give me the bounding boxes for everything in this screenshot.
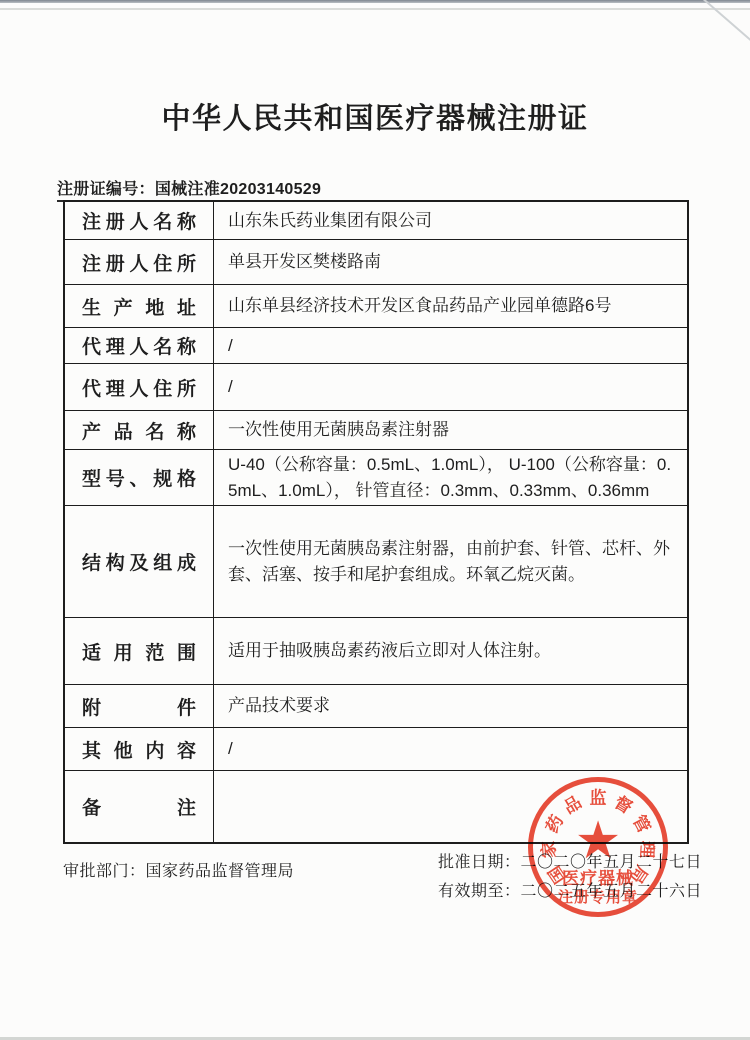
table-row: 代理人名称 / [65,327,687,363]
registration-number-line: 注册证编号：国械注准20203140529 [57,176,325,202]
row-label: 附件 [82,693,196,720]
certificate-table: 注册人名称 山东朱氏药业集团有限公司 注册人住所 单县开发区樊楼路南 生产地址 … [63,200,689,844]
row-label: 注册人住所 [82,249,196,276]
row-value: / [214,728,687,770]
table-row: 附件 产品技术要求 [65,684,687,727]
row-label: 备注 [82,793,196,820]
row-label: 其他内容 [82,736,196,763]
row-label: 产品名称 [82,417,196,444]
row-label-cell: 结构及组成 [65,506,214,617]
row-value: / [214,328,687,363]
scan-edge-top [0,0,750,3]
table-row: 产品名称 一次性使用无菌胰岛素注射器 [65,410,687,449]
row-label: 结构及组成 [82,548,196,575]
table-row: 型号、规格 U-40（公称容量：0.5mL、1.0mL）， U-100（公称容量… [65,449,687,505]
row-label: 型号、规格 [82,464,196,491]
table-row: 备注 [65,770,687,842]
table-row: 结构及组成 一次性使用无菌胰岛素注射器，由前护套、针管、芯杆、外套、活塞、按手和… [65,505,687,617]
page-title: 中华人民共和国医疗器械注册证 [0,96,750,137]
row-label-cell: 附件 [65,685,214,727]
row-value: 山东单县经济技术开发区食品药品产业园单德路6号 [214,285,687,327]
row-value [214,771,687,842]
table-row: 生产地址 山东单县经济技术开发区食品药品产业园单德路6号 [65,284,687,327]
registration-number-label: 注册证编号： [57,181,155,198]
table-row: 代理人住所 / [65,363,687,410]
valid-until-line: 有效期至：二〇二五年五月二十六日 [438,878,702,901]
row-value: / [214,364,687,410]
row-label-cell: 代理人名称 [65,328,214,363]
row-value: 单县开发区樊楼路南 [214,240,687,284]
approval-date-label: 批准日期： [438,854,521,871]
row-label: 代理人名称 [82,332,196,359]
scan-artifact-line [0,8,750,10]
row-label-cell: 注册人名称 [65,202,214,239]
row-value: 一次性使用无菌胰岛素注射器，由前护套、针管、芯杆、外套、活塞、按手和尾护套组成。… [214,506,687,617]
table-row: 其他内容 / [65,727,687,770]
table-row: 注册人名称 山东朱氏药业集团有限公司 [65,202,687,239]
row-label-cell: 生产地址 [65,285,214,327]
table-row: 注册人住所 单县开发区樊楼路南 [65,239,687,284]
row-value: 产品技术要求 [214,685,687,727]
row-label: 适用范围 [82,638,196,665]
approval-date-line: 批准日期：二〇二〇年五月二十七日 [438,849,702,872]
approval-department: 国家药品监督管理局 [146,863,295,880]
valid-until-label: 有效期至： [438,883,521,900]
row-label-cell: 注册人住所 [65,240,214,284]
row-value: 山东朱氏药业集团有限公司 [214,202,687,239]
row-value: U-40（公称容量：0.5mL、1.0mL）， U-100（公称容量：0.5mL… [214,450,687,505]
row-label-cell: 代理人住所 [65,364,214,410]
row-value: 适用于抽吸胰岛素药液后立即对人体注射。 [214,618,687,684]
row-label-cell: 其他内容 [65,728,214,770]
row-label: 注册人名称 [82,207,196,234]
registration-number: 国械注准20203140529 [155,181,321,198]
approval-department-label: 审批部门： [63,863,146,880]
approval-department-line: 审批部门：国家药品监督管理局 [63,858,294,881]
row-label: 生产地址 [82,293,196,320]
row-label-cell: 型号、规格 [65,450,214,505]
table-row: 适用范围 适用于抽吸胰岛素药液后立即对人体注射。 [65,617,687,684]
valid-until: 二〇二五年五月二十六日 [521,883,703,900]
row-label-cell: 适用范围 [65,618,214,684]
approval-date: 二〇二〇年五月二十七日 [521,854,703,871]
row-label-cell: 备注 [65,771,214,842]
certificate-page: 中华人民共和国医疗器械注册证 注册证编号：国械注准20203140529 注册人… [0,0,750,1040]
row-label-cell: 产品名称 [65,411,214,449]
row-value: 一次性使用无菌胰岛素注射器 [214,411,687,449]
row-label: 代理人住所 [82,374,196,401]
